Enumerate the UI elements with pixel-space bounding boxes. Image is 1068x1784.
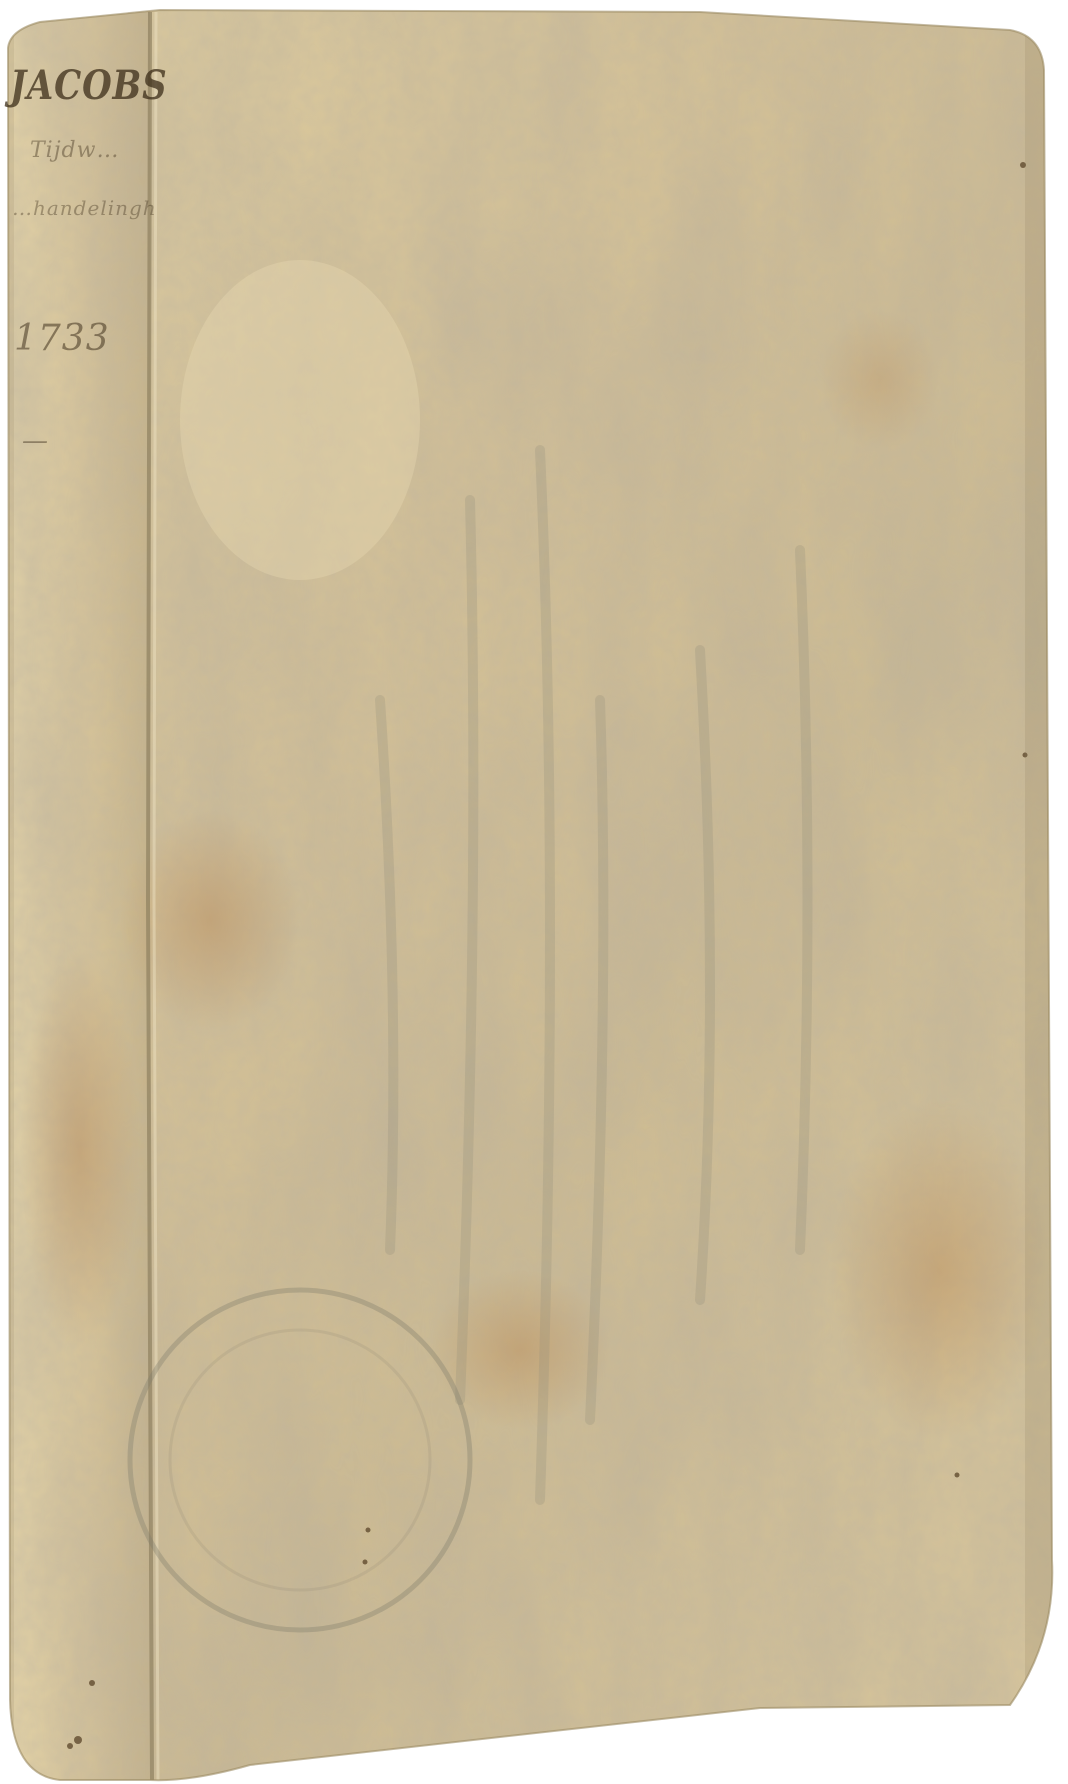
stain xyxy=(20,950,140,1350)
spine-date: 1733 xyxy=(14,318,110,359)
spine-author-label: JACOBS xyxy=(10,62,168,109)
spine-title-line-2: …handelingh xyxy=(12,196,157,220)
stain xyxy=(830,1100,1050,1440)
stain xyxy=(820,310,940,450)
book-illustration xyxy=(0,0,1068,1784)
spine-title-line-1: Tijdw… xyxy=(30,138,119,163)
spine-mark: — xyxy=(22,426,49,456)
book-photo: JACOBS Tijdw… …handelingh 1733 — xyxy=(0,0,1068,1784)
book-body xyxy=(0,0,1068,1784)
